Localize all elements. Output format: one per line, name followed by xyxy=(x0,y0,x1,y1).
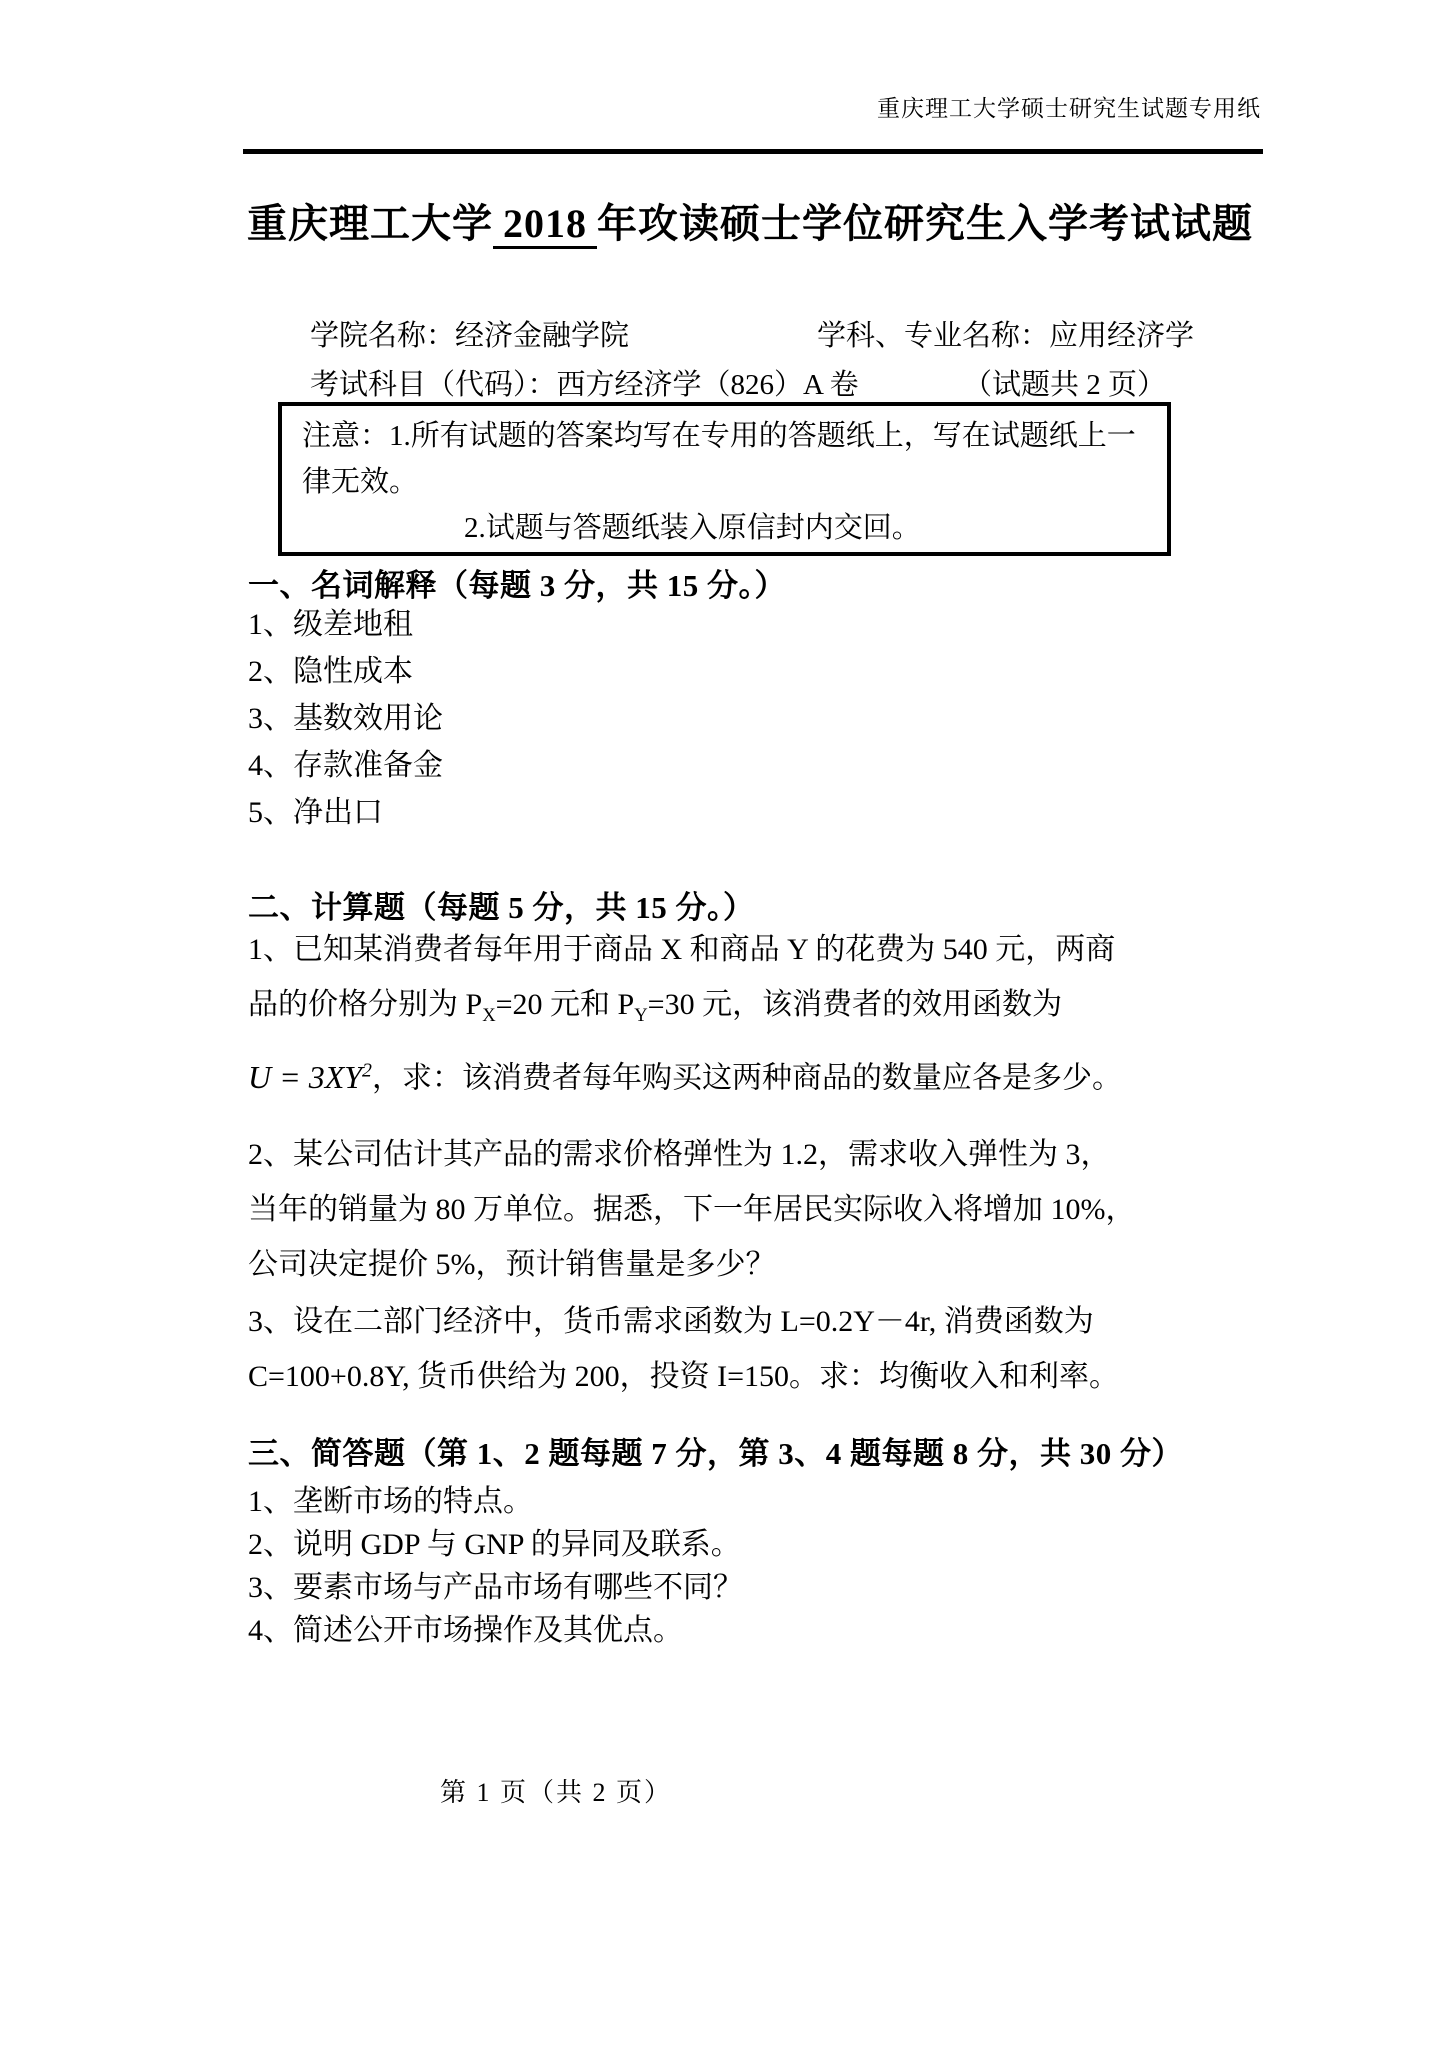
major-name: 学科、专业名称：应用经济学 xyxy=(817,312,1194,361)
question-3-line-2: C=100+0.8Y, 货币供给为 200，投资 I=150。求：均衡收入和利率… xyxy=(248,1349,1213,1404)
page-number-footer: 第 1 页（共 2 页） xyxy=(245,1772,867,1809)
q1-text: ，求：该消费者每年购买这两种商品的数量应各是多少。 xyxy=(372,1062,1122,1095)
question-1-line-2: 品的价格分别为 PX=20 元和 PY=30 元，该消费者的效用函数为 xyxy=(248,977,1213,1043)
notice-line-3: 2.试题与答题纸装入原信封内交回。 xyxy=(302,505,1151,551)
question-1-line-3: U = 3XY2，求：该消费者每年购买这两种商品的数量应各是多少。 xyxy=(248,1043,1213,1106)
exam-paper-page: 重庆理工大学硕士研究生试题专用纸 重庆理工大学2018年攻读硕士学位研究生入学考… xyxy=(0,0,1449,2046)
paper-header-note: 重庆理工大学硕士研究生试题专用纸 xyxy=(245,90,1261,123)
question-3-line-1: 3、设在二部门经济中，货币需求函数为 L=0.2Y－4r, 消费函数为 xyxy=(248,1294,1213,1349)
info-row-1: 学院名称：经济金融学院 学科、专业名称：应用经济学 xyxy=(310,312,1194,361)
title-year-underlined: 2018 xyxy=(493,201,597,249)
list-item: 3、基数效用论 xyxy=(248,695,443,742)
question-1: 1、已知某消费者每年用于商品 X 和商品 Y 的花费为 540 元，两商 品的价… xyxy=(248,922,1213,1106)
list-item: 2、隐性成本 xyxy=(248,648,443,695)
question-3: 3、设在二部门经济中，货币需求函数为 L=0.2Y－4r, 消费函数为 C=10… xyxy=(248,1294,1213,1404)
list-item: 1、垄断市场的特点。 xyxy=(248,1480,743,1523)
py-subscript: Y xyxy=(634,1005,647,1026)
notice-line-2: 律无效。 xyxy=(302,459,1151,505)
q1-text: =20 元和 P xyxy=(496,988,635,1021)
list-item: 2、说明 GDP 与 GNP 的异同及联系。 xyxy=(248,1523,743,1566)
formula-exponent: 2 xyxy=(362,1059,372,1081)
utility-formula: U = 3XY2 xyxy=(248,1059,372,1095)
q1-text: =30 元，该消费者的效用函数为 xyxy=(648,988,1062,1021)
list-item: 3、要素市场与产品市场有哪些不同？ xyxy=(248,1566,743,1609)
header-divider-rule xyxy=(243,149,1263,154)
notice-box: 注意：1.所有试题的答案均写在专用的答题纸上，写在试题纸上一 律无效。 2.试题… xyxy=(278,402,1171,556)
px-subscript: X xyxy=(482,1005,495,1026)
notice-line-1: 注意：1.所有试题的答案均写在专用的答题纸上，写在试题纸上一 xyxy=(302,413,1151,459)
question-1-line-1: 1、已知某消费者每年用于商品 X 和商品 Y 的花费为 540 元，两商 xyxy=(248,922,1213,977)
section3-item-list: 1、垄断市场的特点。 2、说明 GDP 与 GNP 的异同及联系。 3、要素市场… xyxy=(248,1480,743,1652)
list-item: 4、简述公开市场操作及其优点。 xyxy=(248,1609,743,1652)
formula-body: U = 3XY xyxy=(248,1059,362,1095)
question-2-line-1: 2、某公司估计其产品的需求价格弹性为 1.2，需求收入弹性为 3， xyxy=(248,1127,1213,1182)
question-2: 2、某公司估计其产品的需求价格弹性为 1.2，需求收入弹性为 3， 当年的销量为… xyxy=(248,1127,1213,1292)
question-2-line-3: 公司决定提价 5%，预计销售量是多少？ xyxy=(248,1237,1213,1292)
section3-heading: 三、简答题（第 1、2 题每题 7 分，第 3、4 题每题 8 分，共 30 分… xyxy=(248,1428,1183,1473)
exam-info-block: 学院名称：经济金融学院 学科、专业名称：应用经济学 考试科目（代码）：西方经济学… xyxy=(310,312,1194,410)
section1-heading: 一、名词解释（每题 3 分，共 15 分。） xyxy=(248,560,786,605)
section1-item-list: 1、级差地租 2、隐性成本 3、基数效用论 4、存款准备金 5、净出口 xyxy=(248,601,443,836)
section2-heading: 二、计算题（每题 5 分，共 15 分。） xyxy=(248,882,755,927)
college-name: 学院名称：经济金融学院 xyxy=(310,312,629,361)
title-suffix: 年攻读硕士学位研究生入学考试试题 xyxy=(597,201,1253,246)
page-title: 重庆理工大学2018年攻读硕士学位研究生入学考试试题 xyxy=(247,192,1259,249)
question-2-line-2: 当年的销量为 80 万单位。据悉，下一年居民实际收入将增加 10%， xyxy=(248,1182,1213,1237)
list-item: 1、级差地租 xyxy=(248,601,443,648)
title-prefix: 重庆理工大学 xyxy=(247,201,493,246)
list-item: 5、净出口 xyxy=(248,789,443,836)
list-item: 4、存款准备金 xyxy=(248,742,443,789)
q1-text: 品的价格分别为 P xyxy=(248,988,482,1021)
